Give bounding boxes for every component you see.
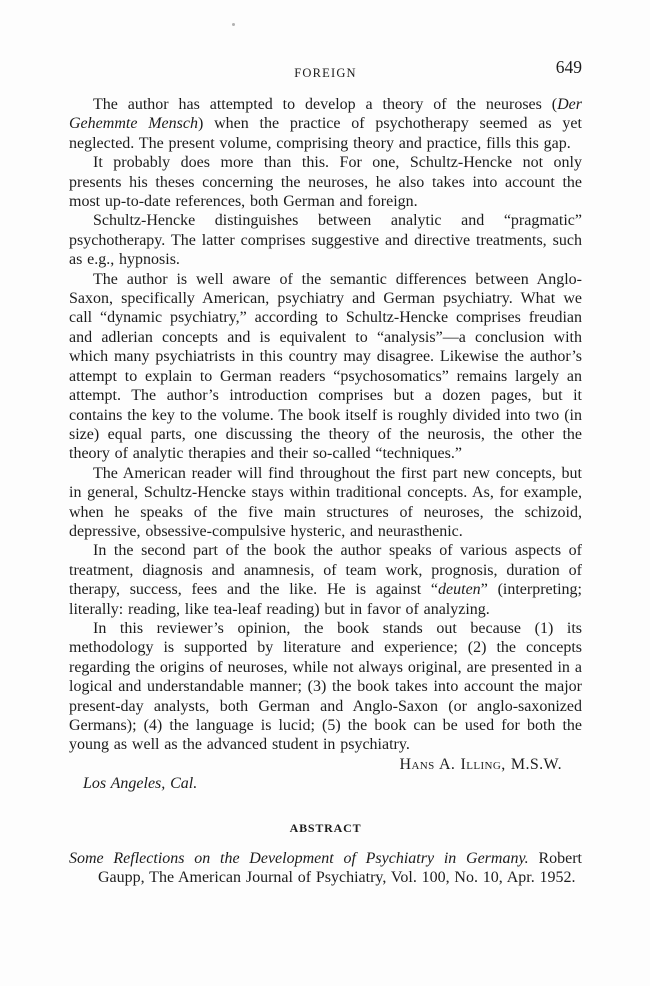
review-paragraph: In this reviewer’s opinion, the book sta… — [69, 619, 582, 755]
italic-text: Some Reflections on the Development of P… — [69, 850, 529, 867]
reviewer-location: Los Angeles, Cal. — [69, 774, 582, 793]
review-paragraph: The American reader will find throughout… — [69, 464, 582, 542]
review-paragraph: Schultz-Hencke distinguishes between ana… — [69, 211, 582, 269]
book-page: FOREIGN 649 The author has attempted to … — [0, 0, 650, 986]
text-run: The author is well aware of the semantic… — [69, 271, 582, 463]
review-paragraphs: The author has attempted to develop a th… — [69, 95, 582, 755]
page-header: FOREIGN 649 — [69, 58, 582, 84]
review-paragraph: It probably does more than this. For one… — [69, 153, 582, 211]
text-run: The author has attempted to develop a th… — [93, 96, 557, 113]
scan-speck — [232, 23, 235, 26]
review-paragraph: In the second part of the book the autho… — [69, 541, 582, 619]
text-run: In this reviewer’s opinion, the book sta… — [69, 620, 582, 753]
abstract-entry: Some Reflections on the Development of P… — [69, 849, 582, 888]
page-number: 649 — [556, 58, 582, 77]
italic-text: deuten — [438, 581, 481, 598]
running-title: FOREIGN — [294, 64, 357, 83]
abstract-heading: ABSTRACT — [69, 819, 582, 838]
review-paragraph: The author has attempted to develop a th… — [69, 95, 582, 153]
reviewer-signature: Hans A. Illing, M.S.W. — [69, 755, 582, 774]
text-run: It probably does more than this. For one… — [69, 154, 582, 210]
review-body: The author has attempted to develop a th… — [69, 95, 582, 888]
review-paragraph: The author is well aware of the semantic… — [69, 270, 582, 464]
text-run: Schultz-Hencke distinguishes between ana… — [69, 212, 582, 268]
text-run: The American reader will find throughout… — [69, 465, 582, 540]
